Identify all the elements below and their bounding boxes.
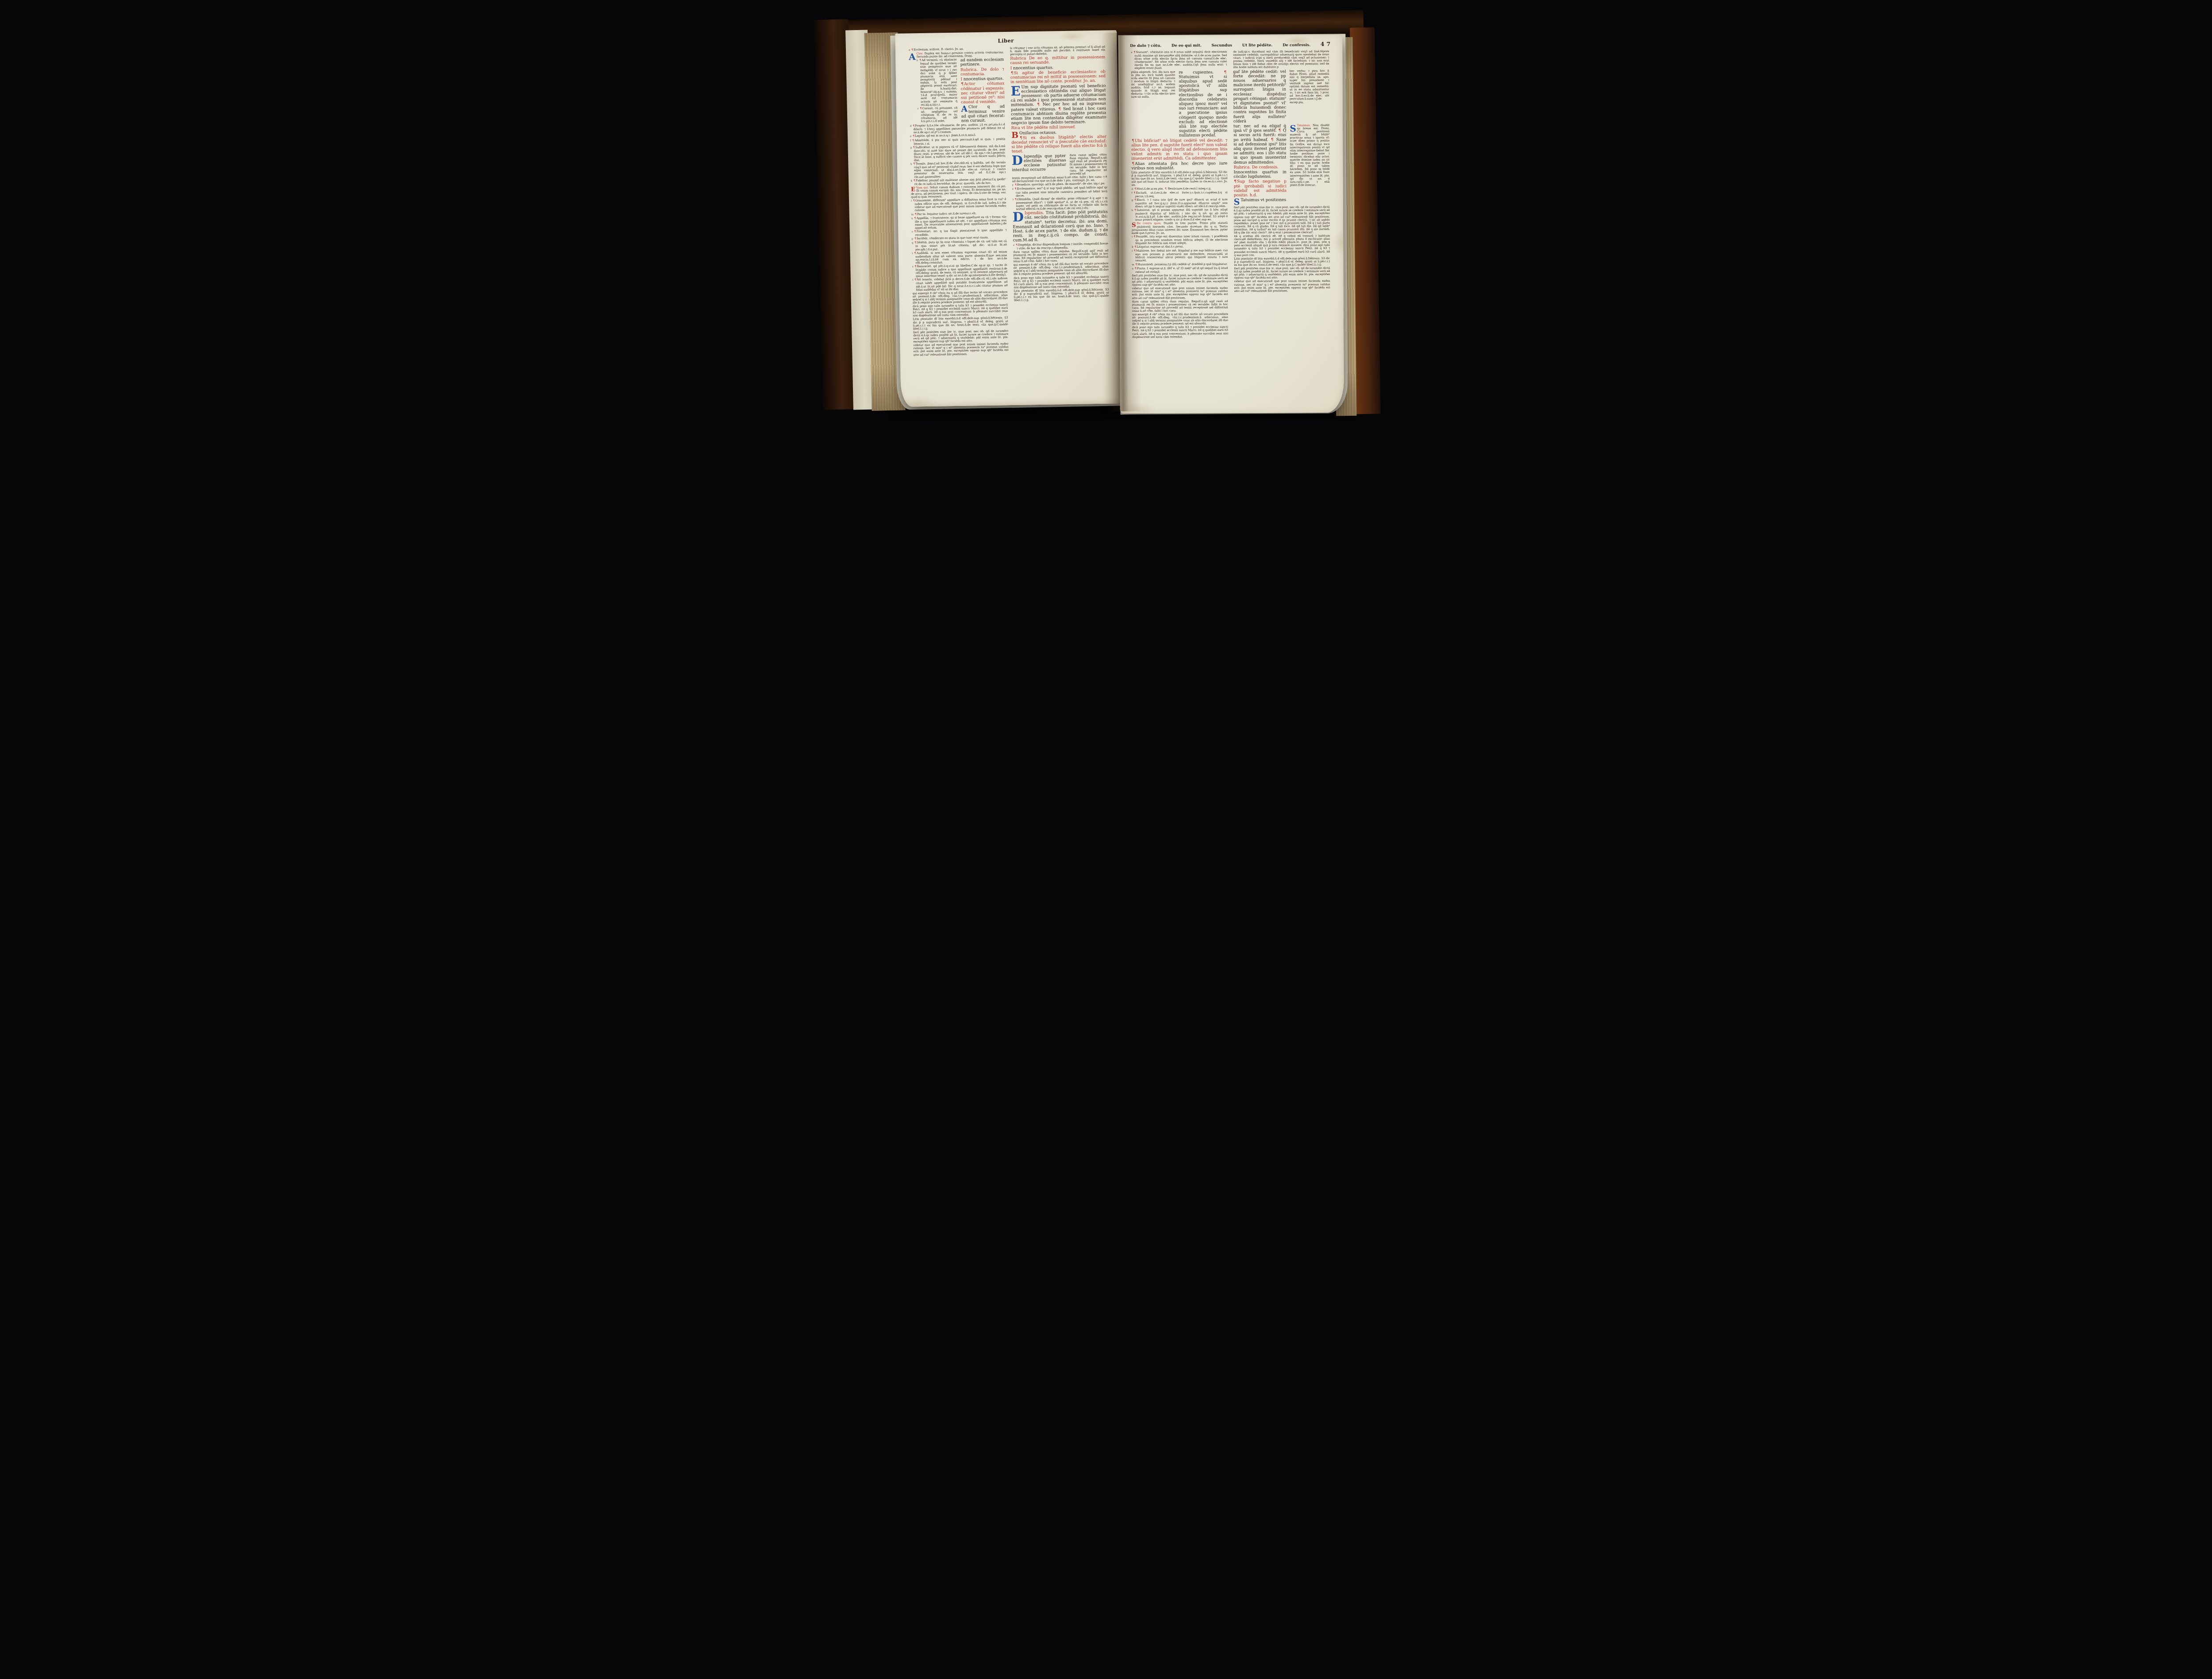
pilcrow-mark: ¶ bbox=[1234, 179, 1237, 184]
gloss-block: qui emergit ē ob⁹ cōsia ita q ad illā du… bbox=[913, 291, 1008, 305]
rubricated-lead-word: Ctor. bbox=[916, 52, 924, 55]
pilcrow-mark: ¶ bbox=[912, 124, 915, 127]
gloss-block: n¶Appellās. ⁊ frustratorie. qz si bene a… bbox=[911, 215, 1006, 230]
margin-letter: r bbox=[912, 252, 914, 255]
drop-cap-initial: A bbox=[909, 53, 916, 61]
pilcrow-mark: ¶ bbox=[1019, 135, 1023, 140]
lemma-block: ACtor q ad terminuz venire ad quē citari… bbox=[961, 104, 1005, 123]
margin-letter: n bbox=[1132, 268, 1134, 270]
gloss-block: fierī pn̄t positiōes siue āte ⁊c. siue p… bbox=[1234, 206, 1330, 234]
gloss-block: n¶Finita. f. expone ut.s̄. illd' e. ul' … bbox=[1132, 267, 1228, 274]
gloss-block: Litis ptestatio df litis exordiū.s̄.d of… bbox=[913, 317, 1008, 331]
gloss-block: l¶Malitiose. hoc fiebat isto mō. litigab… bbox=[1132, 249, 1228, 262]
pilcrow-mark: ¶ bbox=[1133, 50, 1136, 54]
rubricated-lead-word: Ispendiis. bbox=[1025, 211, 1046, 216]
running-head-item: De eo qui mit. bbox=[1171, 43, 1202, 48]
gloss-block: de iudi.qz.v. ducebant enī cām illi bene… bbox=[1233, 50, 1329, 69]
pilcrow-mark: ¶ bbox=[1271, 137, 1274, 142]
gloss-block: SIbi contra quos. Diuidit in tres partes… bbox=[1132, 222, 1228, 234]
gloss-block: dicā pono ego talis iuramēto q talis b3 … bbox=[1014, 275, 1109, 289]
lemma-block: tur: nec ad ea eligaf q̄ ipsā vl' p̄ ipo… bbox=[1233, 124, 1286, 165]
pilcrow-mark: ¶ bbox=[911, 48, 914, 51]
drop-cap-initial: E bbox=[1010, 85, 1020, 96]
text-split-row: ptāte eligendi. Sol. illa iura que in il… bbox=[1131, 70, 1227, 139]
text-split-row: tur: nec ad ea eligaf q̄ ipsā vl' p̄ ipo… bbox=[1233, 124, 1330, 206]
left-page-column-2: lz cōtumar i vno actu cōtumax sit. nō pō… bbox=[1010, 46, 1110, 395]
gloss-block: a¶Statuim⁹. cōstitutio ista si ē noua sa… bbox=[1131, 50, 1227, 70]
pilcrow-mark: ¶ bbox=[1133, 191, 1136, 195]
pilcrow-mark: ¶ bbox=[1135, 262, 1138, 266]
text-split-row: DIspendijs que ppter electiōes diuersas … bbox=[1012, 153, 1107, 177]
running-heads-right: De dolo ⁊ cōtu. De eo qui mit. Secundus … bbox=[1130, 41, 1333, 48]
gloss-block: fierī pn̄t positiōes siue āte ⁊c. siue p… bbox=[1132, 274, 1228, 287]
drop-cap-initial: S bbox=[1290, 124, 1296, 132]
lemma-block: DIspendiis. Tria facit: p̄mo pōit pstitu… bbox=[1013, 210, 1108, 243]
gloss-block: s¶Renunciet. qd pōt.ii.q.vi.si qs libell… bbox=[912, 264, 1007, 278]
pilcrow-mark: ¶ bbox=[1133, 249, 1136, 253]
pilcrow-mark: ¶ bbox=[912, 138, 914, 142]
margin-letter: h bbox=[910, 163, 913, 166]
lemma-block: Innocentius quartus in cōcilio lugdunens… bbox=[1233, 170, 1286, 179]
pilcrow-mark: ¶ bbox=[1134, 208, 1137, 212]
lemma-block: ad eandem ecclesiam pertinere. bbox=[960, 57, 1004, 67]
rubric-line: ¶Ubi bn̄ficiat⁹ nō litigat cedētē vel de… bbox=[1131, 138, 1227, 161]
right-page-columns: a¶Statuim⁹. cōstitutio ista si ē noua sa… bbox=[1131, 50, 1330, 406]
pilcrow-mark: ¶ bbox=[1014, 197, 1017, 201]
right-page-column-1: a¶Statuim⁹. cōstitutio ista si ē noua sa… bbox=[1131, 50, 1228, 406]
gloss-block: z¶Ecclesiastico. sec⁹ q̄ si sup tpali pb… bbox=[1012, 186, 1107, 198]
gloss-block: g¶Sufficiēter. ut si pignora rā vl' fide… bbox=[910, 145, 1006, 162]
gloss-block: qui emergit ē ob⁹ cōsia ita q ad illā du… bbox=[1132, 313, 1228, 326]
lemma-block: gaf lite pēdēte cedāt: vel forte decedāt… bbox=[1233, 69, 1286, 124]
text-split-row: gaf lite pēdēte cedāt: vel forte decedāt… bbox=[1233, 69, 1329, 124]
pilcrow-mark: ¶ bbox=[1134, 245, 1137, 249]
gloss-block: hec verba: ⁊ ptra hoc n̄ dabat Hosti. al… bbox=[1290, 69, 1329, 104]
gloss-block: ptāte eligendi. Sol. illa iura que in il… bbox=[1131, 70, 1175, 99]
drop-cap-initial: E bbox=[911, 187, 915, 192]
gloss-block: h¶Termīo. p̄mo.f.ad hoc.ff.de vbo.obli.e… bbox=[910, 161, 1006, 179]
pilcrow-mark: ¶ bbox=[913, 146, 915, 149]
pilcrow-mark: ¶ bbox=[919, 107, 922, 110]
pilcrow-mark: ¶ bbox=[1278, 128, 1282, 133]
gloss-block: duos casus spāles cōtra duas regulas. Re… bbox=[1013, 249, 1108, 263]
rubric-line: ¶Sup facto negatiuo p ptē iprobabili si … bbox=[1234, 180, 1287, 198]
drop-cap-initial: B bbox=[1011, 131, 1018, 139]
lemma-block: EUm sup dignitate psonatū vel beneficio … bbox=[1010, 84, 1106, 126]
gloss-block: Litis ptestatio df litis exordiū.s̄.d of… bbox=[1014, 288, 1109, 302]
rubric-line: Rubrica De eo q. mittitur in possessione… bbox=[1010, 55, 1105, 66]
pilcrow-mark: ¶ bbox=[1131, 161, 1135, 166]
pilcrow-mark: ¶ bbox=[960, 82, 964, 87]
drop-cap-initial: S bbox=[1132, 222, 1136, 228]
pilcrow-mark: ¶ bbox=[1134, 267, 1137, 270]
pilcrow-mark: ¶ bbox=[914, 251, 917, 255]
text-split-row: b¶Ad terminū. cū idistincte loquaf de qu… bbox=[917, 57, 1005, 124]
folio-number: 47 bbox=[1321, 41, 1333, 47]
gloss-block: c¶Curauit. cū potuisset. vn̄ nō. negligē… bbox=[917, 106, 957, 123]
pilcrow-mark: ¶ bbox=[914, 230, 917, 233]
gloss-block: b¶Ad terminū. cū idistincte loquaf de qu… bbox=[917, 58, 958, 107]
running-head-item: Ut lite pēdēte. bbox=[1242, 43, 1273, 48]
gloss-block: videtur quo ad executionē que post sniam… bbox=[1132, 287, 1228, 299]
pilcrow-mark: ¶ bbox=[1015, 243, 1018, 246]
gloss-block: duos casus spāles cōtra duas regulas. Re… bbox=[1132, 300, 1228, 313]
rubricated-lead-word: Vam qui. bbox=[916, 186, 930, 189]
right-page-column-2: de iudi.qz.v. ducebant enī cām illi bene… bbox=[1233, 50, 1330, 405]
gloss-block: itē q sciebas illū clericū eē. itē q vid… bbox=[1234, 234, 1330, 257]
rubricated-lead-word: Ibi contra quos. bbox=[1137, 222, 1164, 225]
lemma-block: re cupientes. ¶ Statuimus vt si aliquibu… bbox=[1179, 70, 1227, 138]
drop-cap-initial: S bbox=[1234, 199, 1240, 206]
pilcrow-mark: ¶ bbox=[914, 278, 917, 282]
book-photo: Liber a¶Ecclesiam. scilicet. B. clerici.… bbox=[814, 0, 1398, 420]
lemma-block: ¶Alias attentata p̄ra hoc decre ipso iur… bbox=[1131, 161, 1227, 171]
pilcrow-mark: ¶ bbox=[914, 237, 917, 240]
gloss-block: duos casus spāles cōtra duas regulas. Re… bbox=[1069, 153, 1107, 176]
left-page: Liber a¶Ecclesiam. scilicet. B. clerici.… bbox=[895, 30, 1122, 407]
gloss-block: t¶Nō teneris. videbat p̄riū p decre.s̄.d… bbox=[912, 277, 1007, 291]
pilcrow-mark: ¶ bbox=[914, 216, 916, 220]
gloss-block: fierī pn̄t positiōes siue āte ⁊c. siue p… bbox=[1234, 267, 1330, 280]
gloss-block: fierī pn̄t positiōes siue āte ⁊c. siue p… bbox=[913, 330, 1008, 344]
gloss-block: r¶Audiēdā. si non esset cōtumax expresse… bbox=[912, 250, 1007, 265]
margin-letter: n bbox=[911, 217, 914, 220]
pilcrow-mark: ¶ bbox=[914, 212, 917, 216]
rubric-line: Rubrica. De dolo ⁊ contumacia. bbox=[960, 67, 1004, 77]
pilcrow-mark: ¶ bbox=[913, 162, 915, 165]
gloss-block: Litis ptestatio df litis exordiū.s̄.d of… bbox=[1234, 257, 1330, 267]
gloss-block: EVam qui. Soluit casum dubium ⁊ rationem… bbox=[911, 185, 1006, 199]
running-head-item: Secundus bbox=[1212, 43, 1233, 48]
drop-cap-initial: D bbox=[1012, 155, 1023, 166]
lemma-block: DIspendijs que ppter electiōes diuersas … bbox=[1012, 153, 1066, 172]
gloss-block: f¶Excludi. ut.s̄.eo.li.de elec.si forte.… bbox=[1132, 191, 1228, 198]
pilcrow-mark: ¶ bbox=[1010, 71, 1014, 76]
drop-cap-initial: A bbox=[961, 106, 968, 113]
gloss-block: qui emergit ē ob⁹ cōsia ita q ad illā du… bbox=[1014, 262, 1109, 276]
right-page: De dolo ⁊ cōtu. De eo qui mit. Secundus … bbox=[1118, 35, 1344, 414]
left-page-columns: a¶Ecclesiam. scilicet. B. clerici. Jo. a… bbox=[909, 46, 1110, 397]
gloss-block: i¶Possidēt. ista ergo est diuersitas int… bbox=[1132, 235, 1228, 245]
lemma-block: STatuimus vt positiones bbox=[1234, 198, 1286, 203]
gloss-block: videtur quo ad executionē que post sniam… bbox=[913, 342, 1008, 356]
gloss-block: l¶Grauamine. differam⁹ appellare a diffi… bbox=[911, 198, 1006, 212]
rubricated-lead-word: Tatuimus. bbox=[1297, 124, 1313, 127]
gloss-block: g¶Electi. ⁊ l casu isto q̄rif de iure ip… bbox=[1132, 198, 1228, 208]
gloss-block: b¶Subsistat. qd si postea appareat illū … bbox=[1132, 208, 1228, 222]
gloss-block: q¶Sētētiā. puta qz lis erat cōtestata ⁊ … bbox=[912, 240, 1007, 251]
rubricated-lead-word: I bbox=[1010, 65, 1014, 70]
pilcrow-mark: ¶ bbox=[1224, 70, 1227, 75]
pilcrow-mark: ¶ bbox=[919, 58, 922, 62]
rubric-line: Rubrica. De confessis. bbox=[1233, 165, 1286, 170]
pilcrow-mark: ¶ bbox=[1131, 138, 1135, 143]
running-head-item: De confessis. bbox=[1283, 43, 1310, 47]
pilcrow-mark: ¶ bbox=[913, 179, 916, 182]
rubricated-lead-word: I bbox=[960, 77, 964, 82]
drop-cap-initial: D bbox=[1013, 212, 1024, 223]
rubric-line: ¶Si ex duobus litigātib⁹ electis alter d… bbox=[1011, 134, 1107, 154]
pilcrow-mark: ¶ bbox=[1014, 183, 1017, 187]
pilcrow-mark: ¶ bbox=[1134, 187, 1137, 190]
pilcrow-mark: ¶ bbox=[1133, 235, 1136, 238]
rubric-line: ¶Actor cōtumax cōdēnatur ī expensis: nec… bbox=[960, 81, 1004, 105]
gloss-block: STatuimus. Non diuidif qz breue est. Dom… bbox=[1290, 124, 1329, 187]
rubric-line: ¶Si agitur de beneficio ecclesiastico ob… bbox=[1010, 69, 1106, 84]
running-head-item: De dolo ⁊ cōtu. bbox=[1130, 44, 1161, 48]
gloss-block: ⁊¶Obtinēdis. Quid dicem⁹ de obtētis: pon… bbox=[1012, 196, 1107, 211]
pilcrow-mark: ¶ bbox=[1037, 102, 1040, 107]
left-page-column-1: a¶Ecclesiam. scilicet. B. clerici. Jo. a… bbox=[909, 47, 1009, 397]
pilcrow-mark: ¶ bbox=[1014, 187, 1017, 191]
gloss-block: videtur quo ad executionē que post sniam… bbox=[1234, 280, 1330, 292]
pilcrow-mark: ¶ bbox=[1164, 187, 1167, 190]
pilcrow-mark: ¶ bbox=[1058, 107, 1061, 111]
gloss-block: dicā pono ego talis iuramēto q talis b3 … bbox=[913, 303, 1008, 318]
running-head-left: Liber bbox=[895, 36, 1117, 46]
pilcrow-mark: ¶ bbox=[914, 241, 917, 245]
pilcrow-mark: ¶ bbox=[913, 199, 915, 202]
pilcrow-mark: ¶ bbox=[914, 264, 917, 268]
pilcrow-mark: ¶ bbox=[912, 134, 915, 138]
gloss-block: d¶Propter h.s̄.e.tōe cōtumacie. de peu. … bbox=[910, 123, 1005, 134]
gloss-block: Litis ptestatio df litis exordiū.s̄.d of… bbox=[1131, 171, 1227, 187]
gloss-block: dicā pono ego talis iuramēto q talis b3 … bbox=[1132, 326, 1228, 338]
pilcrow-mark: ¶ bbox=[1134, 198, 1137, 202]
